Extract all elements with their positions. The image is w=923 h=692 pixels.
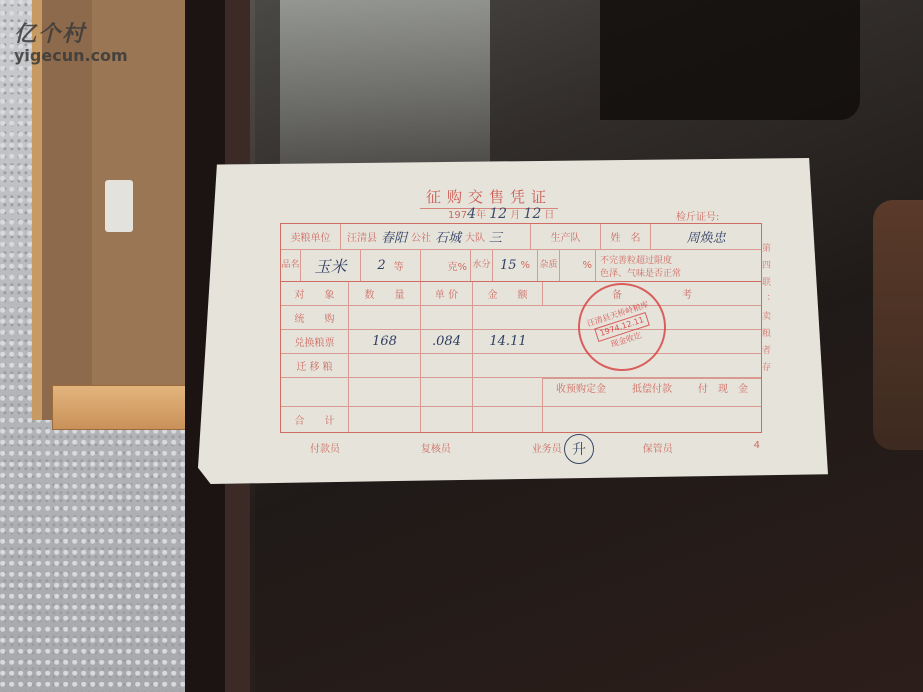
year-hand: 4 xyxy=(467,206,476,222)
checker-label: 复核员 xyxy=(421,440,451,455)
date-line: 1974年 12 月 12 日 xyxy=(448,206,554,222)
seller-unit: 汪清县 春阳 公社 石城 大队 三 xyxy=(341,224,531,249)
product-row: 品名 玉米 2 等 克% 水分 15 % 杂质 % 不完善粒超过限度 色泽、气味… xyxy=(281,250,761,282)
team-label: 生产队 xyxy=(531,224,601,249)
watermark: 亿个村 yigecun.com xyxy=(14,24,128,64)
certificate-table: 卖粮单位 汪清县 春阳 公社 石城 大队 三 生产队 姓 名 周焕忠 品名 玉米… xyxy=(280,223,762,433)
keeper-label: 保管员 xyxy=(643,440,673,455)
board-sticker xyxy=(105,180,133,232)
seller-row: 卖粮单位 汪清县 春阳 公社 石城 大队 三 生产队 姓 名 周焕忠 xyxy=(281,224,761,250)
table-row: 收预购定金 抵偿付款 付 现 金 xyxy=(281,378,761,406)
right-reflection xyxy=(873,200,923,450)
name-value: 周焕忠 xyxy=(651,224,761,249)
clerk-initial-mark: 升 xyxy=(564,434,594,464)
table-row: 迁 移 粮 xyxy=(281,354,761,378)
table-row: 兑换粮票 168 .084 14.11 xyxy=(281,330,761,354)
copy-note: 第四联：卖粮者存 xyxy=(758,243,772,379)
grain-certificate: 征购交售凭证 1974年 12 月 12 日 检斤证号: 卖粮单位 汪清县 春阳… xyxy=(198,158,828,484)
cert-number-label: 检斤证号: xyxy=(676,208,719,223)
dark-reflection xyxy=(600,0,860,120)
signature-footer: 付款员 复核员 业务员 保管员 4 xyxy=(310,440,760,455)
watermark-url: yigecun.com xyxy=(14,48,128,64)
copy-number: 4 xyxy=(754,440,760,455)
product-value: 玉米 xyxy=(301,250,361,281)
table-row: 统 购 xyxy=(281,306,761,330)
month-hand: 12 xyxy=(489,206,507,222)
total-row: 合 计 xyxy=(281,406,761,432)
day-hand: 12 xyxy=(523,206,541,222)
payer-label: 付款员 xyxy=(310,440,340,455)
watermark-chinese: 亿个村 xyxy=(14,24,128,46)
seller-label: 卖粮单位 xyxy=(281,224,341,249)
wooden-board-edge xyxy=(52,385,192,430)
name-label: 姓 名 xyxy=(601,224,651,249)
glass-glare xyxy=(280,0,490,170)
table-header-row: 对 象 数 量 单 价 金 额 备 考 xyxy=(281,282,761,306)
clerk-label: 业务员 xyxy=(532,440,562,455)
